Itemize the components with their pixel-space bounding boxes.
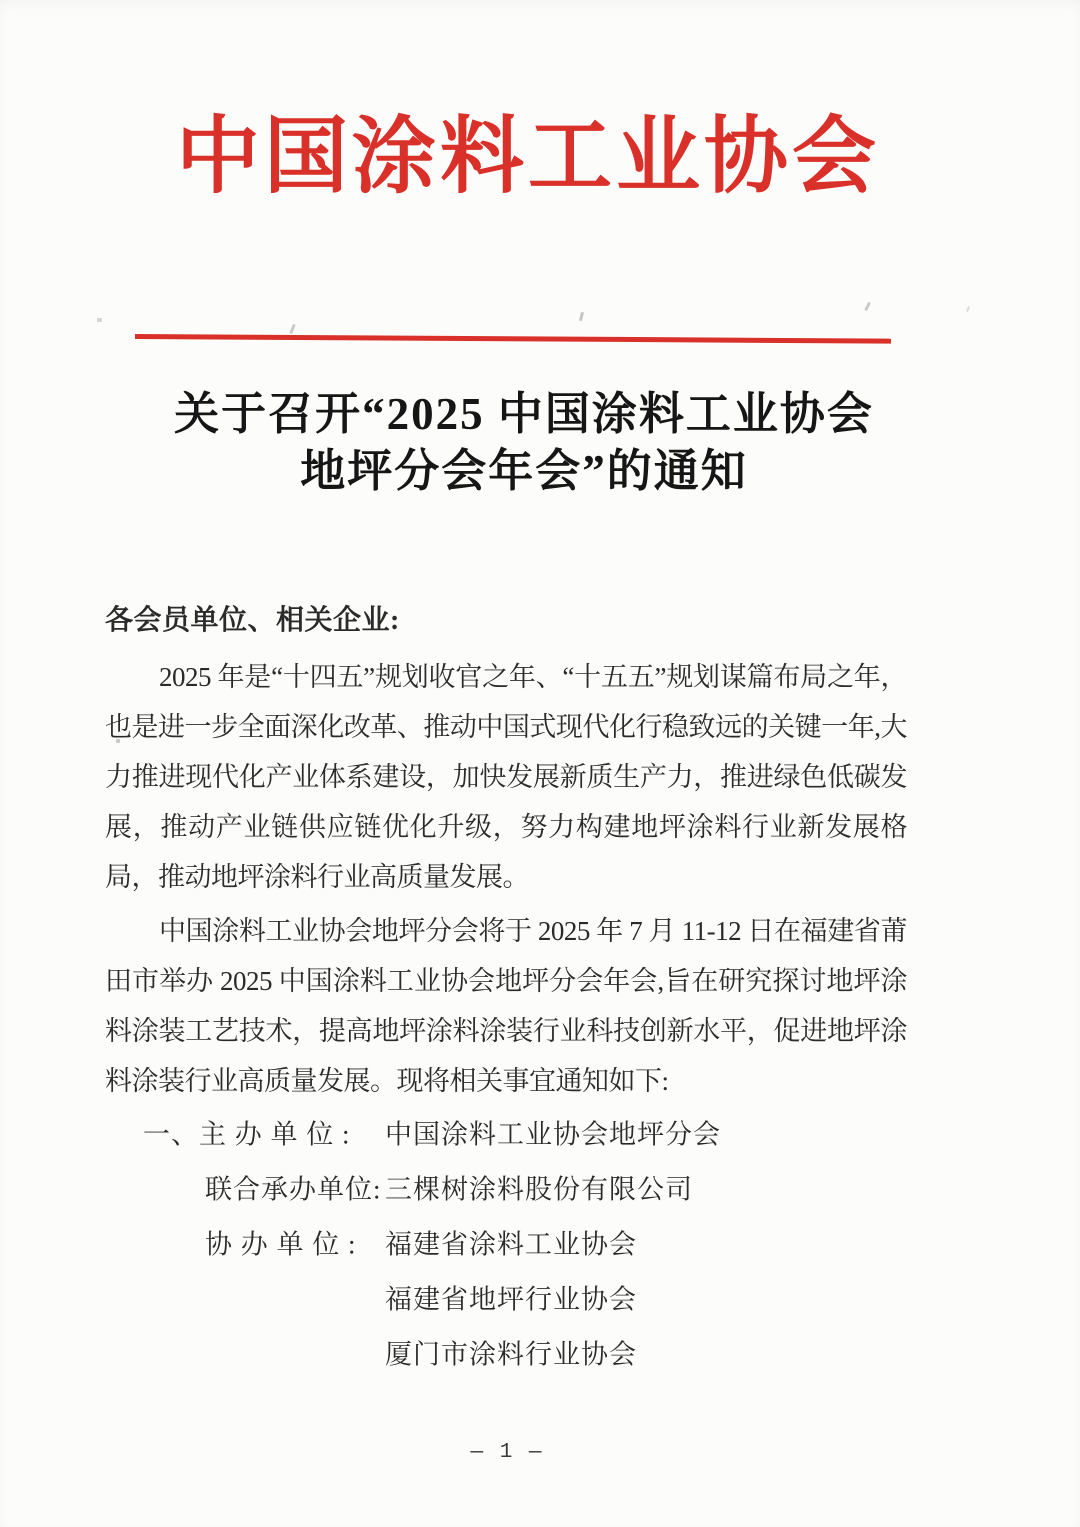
letterhead-divider	[135, 334, 891, 344]
organizer-list: 一、主 办 单 位 : 中国涂料工业协会地坪分会 联合承办单位: 三棵树涂料股份…	[105, 1104, 907, 1379]
organizer-label: 一、主 办 单 位 :	[143, 1112, 351, 1151]
paragraph-1: 2025 年是“十四五”规划收官之年、“十五五”规划谋篇布局之年，也是进一步全面…	[105, 652, 907, 902]
notice-title-line2: 地坪分会年会”的通知	[0, 443, 1064, 500]
page-number: — 1 —	[427, 1441, 587, 1464]
scan-speck	[289, 324, 296, 334]
organizer-value: 厦门市涂料行业协会	[385, 1332, 637, 1371]
scan-speck	[97, 318, 102, 322]
letterhead-title: 中国涂料工业协会	[0, 110, 1068, 207]
organizer-label: 协 办 单 位 :	[205, 1222, 357, 1261]
organizer-row-supporting-3: 厦门市涂料行业协会	[105, 1324, 907, 1379]
organizer-label: 联合承办单位:	[205, 1167, 382, 1206]
organizer-row-co-host: 联合承办单位: 三棵树涂料股份有限公司	[105, 1159, 907, 1214]
scan-speck	[579, 312, 584, 321]
salutation: 各会员单位、相关企业:	[105, 596, 907, 646]
document-page: 中国涂料工业协会 关于召开“2025 中国涂料工业协会 地坪分会年会”的通知 各…	[0, 0, 1080, 1527]
notice-title-line1: 关于召开“2025 中国涂料工业协会	[0, 386, 1064, 443]
paragraph-2: 中国涂料工业协会地坪分会将于 2025 年 7 月 11-12 日在福建省莆田市…	[105, 906, 907, 1106]
notice-body: 各会员单位、相关企业: 2025 年是“十四五”规划收官之年、“十五五”规划谋篇…	[105, 596, 907, 1106]
organizer-row-supporting-2: 福建省地坪行业协会	[105, 1269, 907, 1324]
organizer-value: 福建省涂料工业协会	[385, 1222, 637, 1261]
organizer-value: 三棵树涂料股份有限公司	[385, 1167, 693, 1206]
notice-title: 关于召开“2025 中国涂料工业协会 地坪分会年会”的通知	[0, 386, 1064, 500]
scan-speck	[966, 306, 970, 312]
organizer-row-host: 一、主 办 单 位 : 中国涂料工业协会地坪分会	[105, 1104, 907, 1159]
scan-speck	[864, 302, 871, 311]
organizer-value: 中国涂料工业协会地坪分会	[385, 1112, 721, 1151]
organizer-value: 福建省地坪行业协会	[385, 1277, 637, 1316]
organizer-row-supporting: 协 办 单 位 : 福建省涂料工业协会	[105, 1214, 907, 1269]
